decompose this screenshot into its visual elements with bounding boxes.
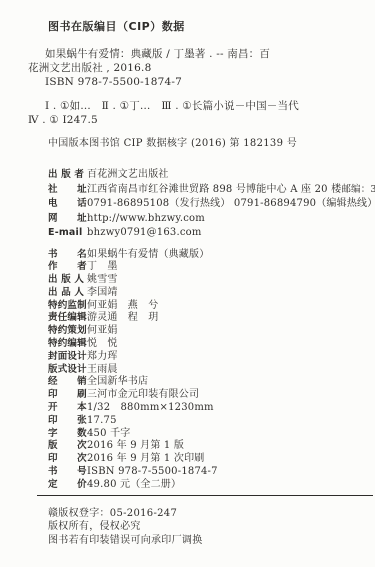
cip-title-line: 如果蜗牛有爱情：典藏版 / 丁墨著 . -- 南昌：百 <box>28 47 375 61</box>
field-label: 社 址 <box>48 183 87 198</box>
field-label: 印 次 <box>48 453 87 466</box>
field-row: 社 址 江西省南昌市红谷滩世贸路 898 号博能中心 A 座 20 楼 邮编：3… <box>48 183 368 198</box>
rights-reserved-line: 版权所有，侵权必究 <box>48 520 375 534</box>
field-row: 封面设计 郑力珲 <box>48 351 368 364</box>
field-label: 出 品 人 <box>48 287 87 300</box>
field-row: 出 版 者 百花洲文艺出版社 <box>48 168 368 183</box>
cip-classification-block: Ⅰ . ①如… Ⅱ . ①丁… Ⅲ . ①长篇小说－中国－当代 Ⅳ . ① I2… <box>28 99 375 127</box>
field-row: 经 销 全国新华书店 <box>48 376 368 389</box>
cip-registration-number: 中国版本图书馆 CIP 数据核字 (2016) 第 182139 号 <box>48 137 375 151</box>
field-row: 电 话 0791-86895108（发行热线） 0791-86894790（编辑… <box>48 197 368 212</box>
field-value: 悦 悦 <box>87 338 118 351</box>
field-row: 特约策划 何亚娟 <box>48 325 368 338</box>
field-label: 责任编辑 <box>48 312 87 325</box>
classification-line: Ⅰ . ①如… Ⅱ . ①丁… Ⅲ . ①长篇小说－中国－当代 <box>28 99 375 113</box>
field-value: 0791-86895108（发行热线） 0791-86894790（编辑热线） <box>87 197 375 212</box>
field-value: 游灵通 程 玥 <box>87 312 158 325</box>
price-value: 49.80 元（全二册） <box>87 479 181 492</box>
field-row: 出 品 人 李国靖 <box>48 287 368 300</box>
misprint-exchange-line: 图书若有印装错误可向承印厂调换 <box>48 534 375 548</box>
field-value: 三河市金元印装有限公司 <box>87 389 199 402</box>
field-label: 出 版 者 <box>48 168 87 183</box>
field-label: 特约编辑 <box>48 338 87 351</box>
field-label: 封面设计 <box>48 351 87 364</box>
separator-line <box>37 495 373 496</box>
field-row: E-mail bhzwy0791@163.com <box>48 226 368 241</box>
field-row: 特约编辑 悦 悦 <box>48 338 368 351</box>
field-value: 如果蜗牛有爱情（典藏版） <box>87 249 209 262</box>
field-row: 开 本 1/32 880mm×1230mm <box>48 402 368 415</box>
copyright-registration-line: 赣版权登字：05-2016-247 <box>48 507 375 521</box>
field-label: 特约策划 <box>48 325 87 338</box>
isbn-value: ISBN 978-7-5500-1874-7 <box>87 466 218 479</box>
publisher-info-block: 出 版 者 百花洲文艺出版社 社 址 江西省南昌市红谷滩世贸路 898 号博能中… <box>48 168 368 241</box>
field-label: 经 销 <box>48 376 87 389</box>
field-label: 特约监制 <box>48 300 87 313</box>
field-value: 李国靖 <box>87 287 118 300</box>
field-label: 网 址 <box>48 212 87 227</box>
field-row: 书 名 如果蜗牛有爱情（典藏版） <box>48 249 368 262</box>
cip-header: 图书在版编目（CIP）数据 <box>0 0 375 34</box>
field-value: 2016 年 9 月第 1 版 <box>87 440 184 453</box>
website-url: http://www.bhzwy.com <box>87 212 205 227</box>
field-row: 版 次 2016 年 9 月第 1 版 <box>48 440 368 453</box>
field-row: 字 数 450 千字 <box>48 428 368 441</box>
classification-line: Ⅳ . ① I247.5 <box>28 113 375 127</box>
field-row: 印 次 2016 年 9 月第 1 次印刷 <box>48 453 368 466</box>
book-info-block: 书 名 如果蜗牛有爱情（典藏版） 作 者 丁 墨 出 版 人 姚雪雪 出 品 人… <box>48 249 368 492</box>
field-label: 印 张 <box>48 415 87 428</box>
field-label: 版式设计 <box>48 364 87 377</box>
field-value: 何亚娟 <box>87 325 118 338</box>
field-value: 姚雪雪 <box>87 274 118 287</box>
field-row: 责任编辑 游灵通 程 玥 <box>48 312 368 325</box>
cip-title-line: 花洲文艺出版社 , 2016.8 <box>28 61 375 75</box>
field-value: 江西省南昌市红谷滩世贸路 898 号博能中心 A 座 20 楼 <box>87 183 341 198</box>
field-row: 出 版 人 姚雪雪 <box>48 274 368 287</box>
field-row: 特约监制 何亚娟 燕 兮 <box>48 300 368 313</box>
field-row: 作 者 丁 墨 <box>48 261 368 274</box>
field-row: 印 刷 三河市金元印装有限公司 <box>48 389 368 402</box>
postal-code: 邮编：330038 <box>341 183 375 198</box>
field-row: 网 址 http://www.bhzwy.com <box>48 212 368 227</box>
field-value: 1/32 880mm×1230mm <box>87 402 214 415</box>
field-value: 丁 墨 <box>87 261 118 274</box>
field-label: 字 数 <box>48 428 87 441</box>
field-label: 书 名 <box>48 249 87 262</box>
field-label: 开 本 <box>48 402 87 415</box>
field-value: 王雨晨 <box>87 364 118 377</box>
cip-isbn-line: ISBN 978-7-5500-1874-7 <box>28 75 375 89</box>
copyright-page: 图书在版编目（CIP）数据 如果蜗牛有爱情：典藏版 / 丁墨著 . -- 南昌：… <box>0 0 375 567</box>
field-row: 版式设计 王雨晨 <box>48 364 368 377</box>
field-row: 定 价 49.80 元（全二册） <box>48 479 368 492</box>
field-value: 全国新华书店 <box>87 376 148 389</box>
field-value: 450 千字 <box>87 428 130 441</box>
field-value: 17.75 <box>87 415 117 428</box>
field-label: E-mail <box>48 226 87 241</box>
field-label: 作 者 <box>48 261 87 274</box>
field-value: 郑力珲 <box>87 351 118 364</box>
field-label: 电 话 <box>48 197 87 212</box>
field-label: 出 版 人 <box>48 274 87 287</box>
field-value: 百花洲文艺出版社 <box>87 168 169 183</box>
field-row: 印 张 17.75 <box>48 415 368 428</box>
field-value: 何亚娟 燕 兮 <box>87 300 158 313</box>
cip-record-block: 如果蜗牛有爱情：典藏版 / 丁墨著 . -- 南昌：百 花洲文艺出版社 , 20… <box>28 47 375 89</box>
copyright-footer: 赣版权登字：05-2016-247 版权所有，侵权必究 图书若有印装错误可向承印… <box>48 507 375 548</box>
field-label: 版 次 <box>48 440 87 453</box>
field-label: 书 号 <box>48 466 87 479</box>
field-label: 印 刷 <box>48 389 87 402</box>
field-row: 书 号 ISBN 978-7-5500-1874-7 <box>48 466 368 479</box>
email-address: bhzwy0791@163.com <box>87 226 202 241</box>
field-value: 2016 年 9 月第 1 次印刷 <box>87 453 204 466</box>
field-label: 定 价 <box>48 479 87 492</box>
